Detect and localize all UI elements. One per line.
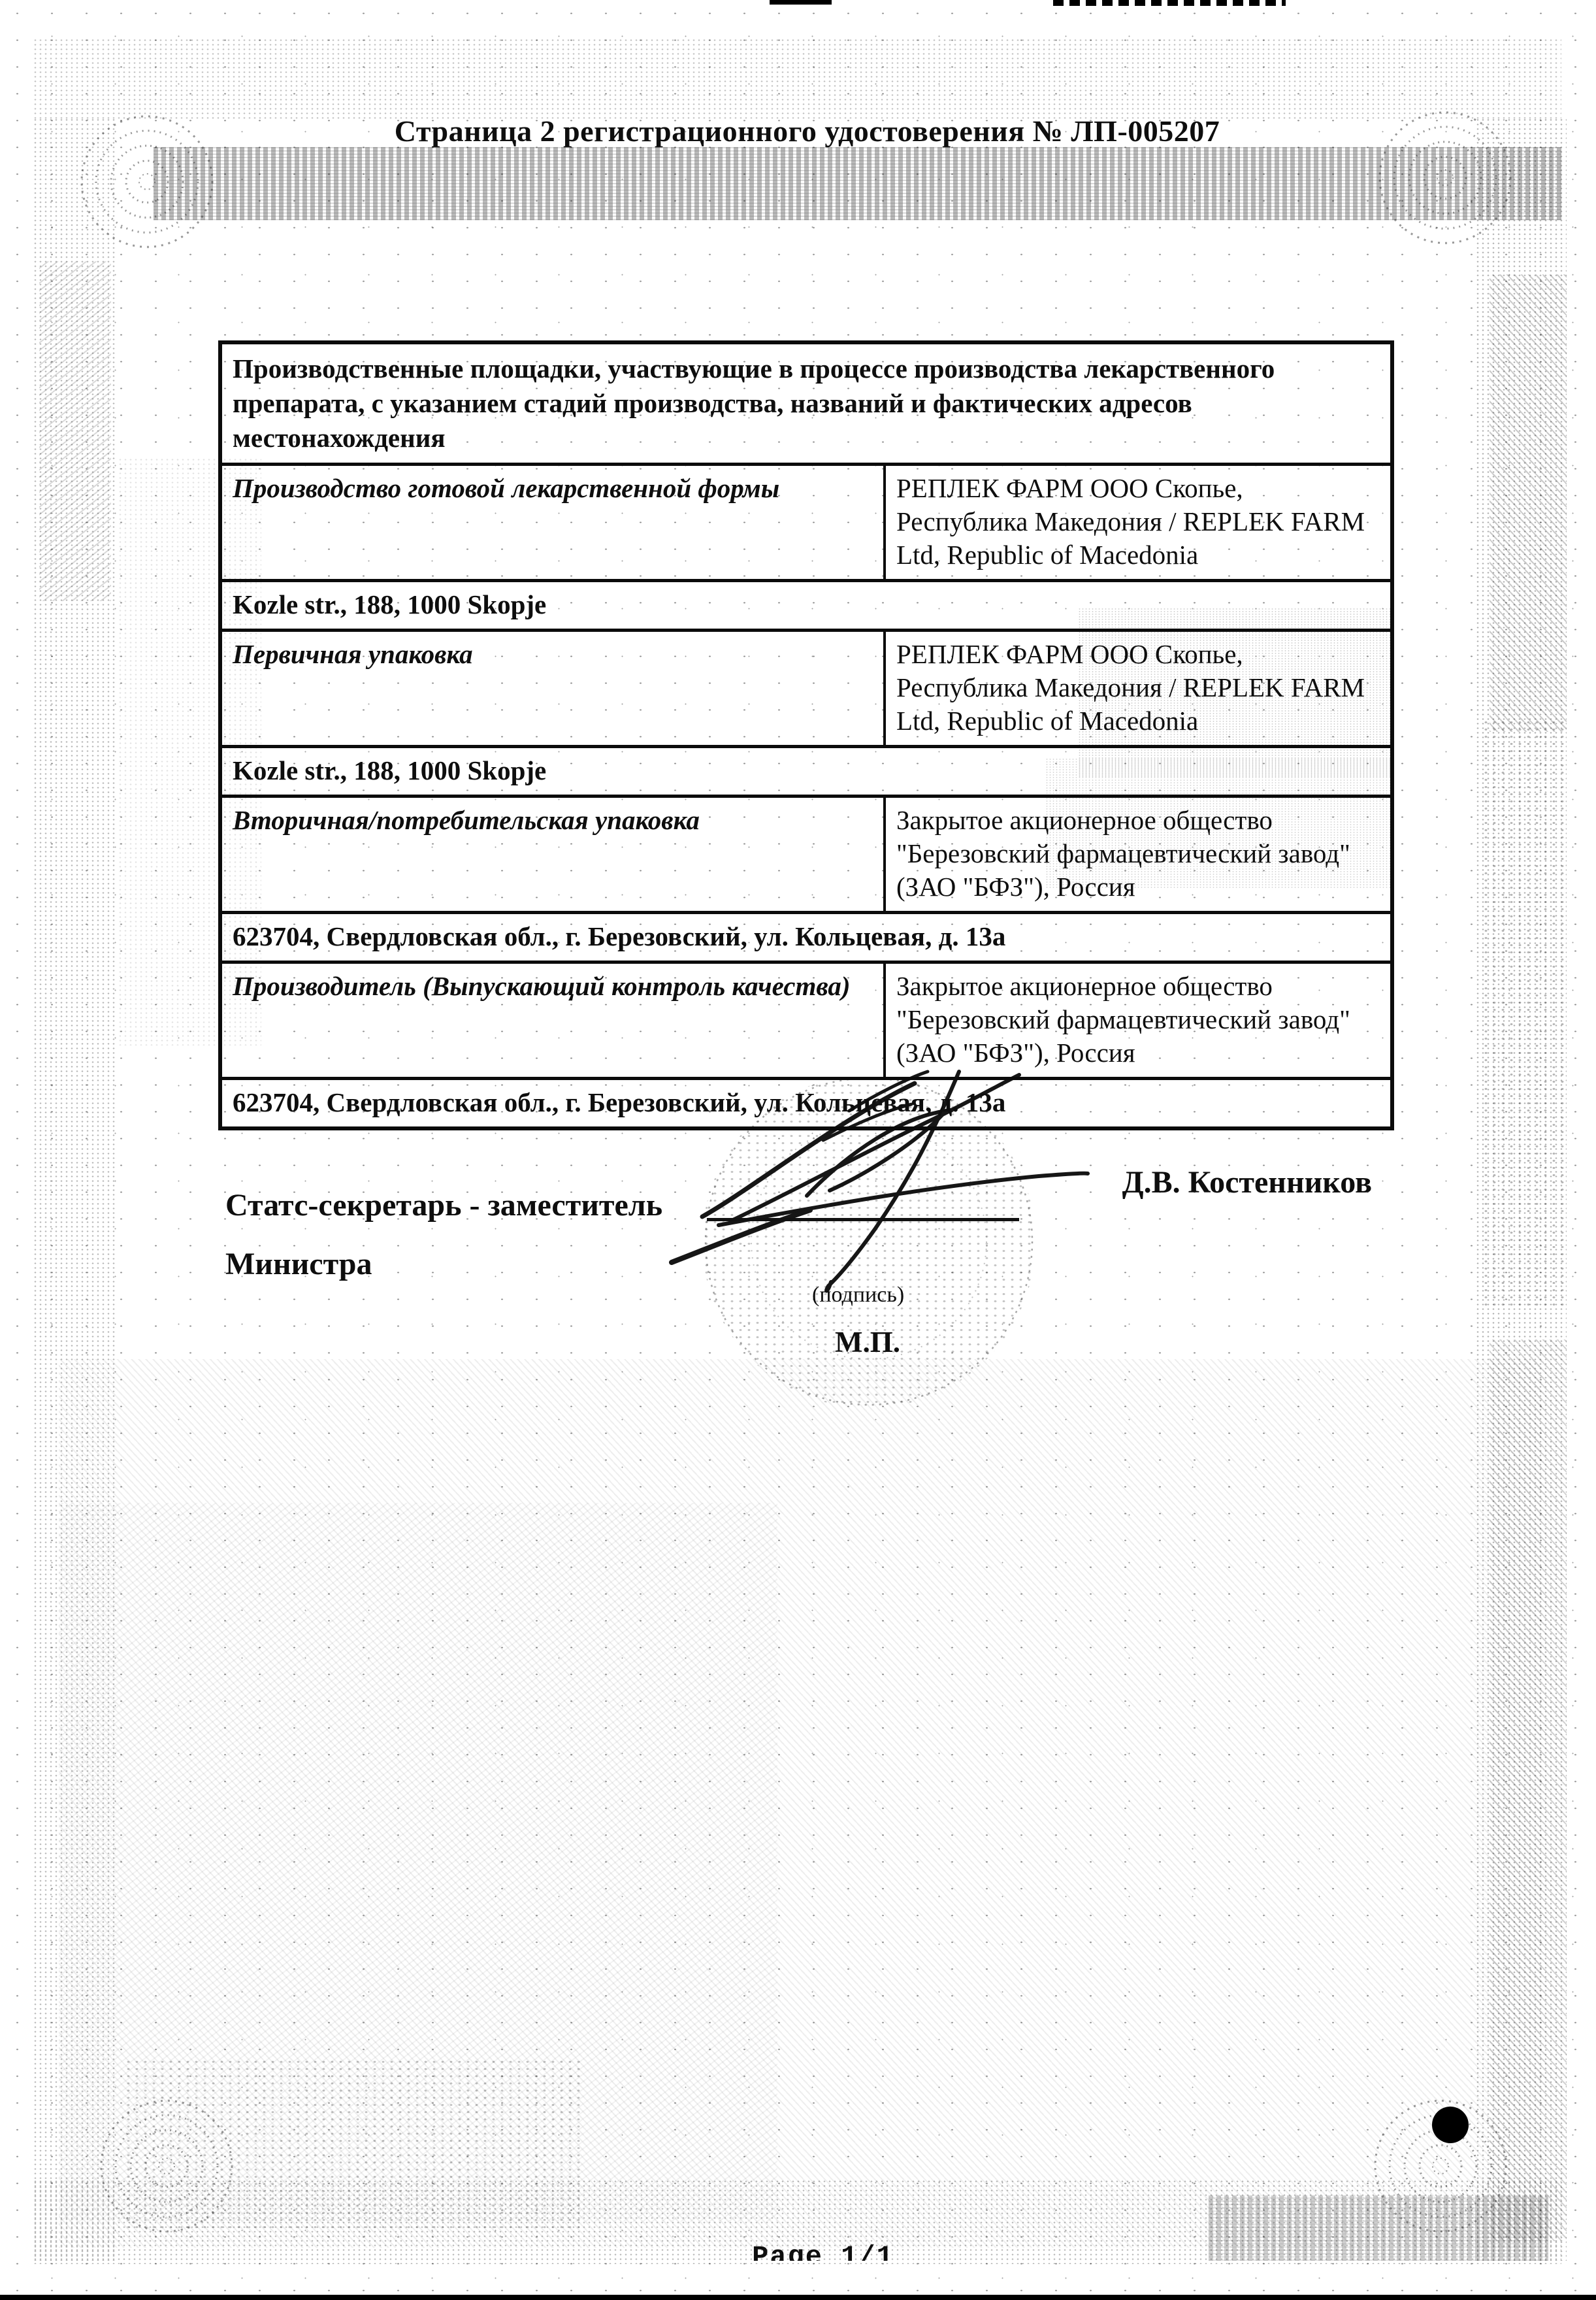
border-left-texture xyxy=(33,118,118,2261)
corner-rosette-top-right xyxy=(1380,112,1510,243)
table-row-address: 623704, Свердловская обл., г. Березовски… xyxy=(222,911,1390,961)
table-header-row: Производственные площадки, участвующие в… xyxy=(222,344,1390,463)
top-edge-fragment-2 xyxy=(1053,0,1286,6)
watermark-diagonal-hatch-2 xyxy=(59,1503,777,2222)
table-row-address: Kozle str., 188, 1000 Skopje xyxy=(222,579,1390,629)
border-top-texture xyxy=(33,38,1561,120)
border-right-hatch-lower xyxy=(1490,1339,1567,2241)
border-top-band-texture xyxy=(154,147,1561,220)
page-title: Страница 2 регистрационного удостоверени… xyxy=(395,114,1220,148)
corner-rosette-bottom-right xyxy=(1375,2101,1506,2231)
corner-rosette-top-left xyxy=(82,116,212,247)
table-row: Производство готовой лекарственной формы… xyxy=(222,463,1390,579)
table-row-address: 623704, Свердловская обл., г. Березовски… xyxy=(222,1077,1390,1126)
table-row-address: Kozle str., 188, 1000 Skopje xyxy=(222,745,1390,795)
scan-bottom-edge-bar xyxy=(0,2295,1596,2300)
table-row: Производитель (Выпускающий контроль каче… xyxy=(222,961,1390,1077)
top-edge-fragment xyxy=(770,0,832,5)
bottom-right-band-noise xyxy=(1209,2195,1548,2261)
signer-position-line1: Статс-секретарь - заместитель xyxy=(225,1176,662,1235)
bottom-left-ornament-noise xyxy=(124,2058,581,2228)
stage-label: Производитель (Выпускающий контроль каче… xyxy=(222,964,883,1077)
watermark-diagonal-hatch xyxy=(59,1359,1542,2248)
signer-position: Статс-секретарь - заместитель Министра xyxy=(225,1176,662,1294)
manufacturing-sites-table: Производственные площадки, участвующие в… xyxy=(218,340,1394,1130)
address-text: 623704, Свердловская обл., г. Березовски… xyxy=(222,914,1390,961)
stage-label: Первичная упаковка xyxy=(222,632,883,745)
border-right-hatch-upper xyxy=(1490,274,1567,732)
border-right-dots-mid xyxy=(1482,719,1567,1307)
signature-line xyxy=(707,1218,1019,1221)
manufacturer-value: Закрытое акционерное общество "Березовск… xyxy=(883,798,1390,911)
manufacturer-value: Закрытое акционерное общество "Березовск… xyxy=(883,964,1390,1077)
seal-placeholder-caption: М.П. xyxy=(835,1325,900,1359)
address-text: Kozle str., 188, 1000 Skopje xyxy=(222,582,1390,629)
scanned-certificate-page: Страница 2 регистрационного удостоверени… xyxy=(0,0,1596,2300)
address-text: Kozle str., 188, 1000 Skopje xyxy=(222,748,1390,795)
signer-name: Д.В. Костенников xyxy=(1071,1164,1372,1200)
table-row: Вторичная/потребительская упаковка Закры… xyxy=(222,795,1390,911)
border-right-texture xyxy=(1475,118,1567,2261)
address-text: 623704, Свердловская обл., г. Березовски… xyxy=(222,1080,1390,1126)
stage-label: Производство готовой лекарственной формы xyxy=(222,466,883,579)
signature-caption: (подпись) xyxy=(812,1283,904,1307)
border-left-hatch xyxy=(39,261,111,601)
manufacturer-value: РЕПЛЕК ФАРМ ООО Скопье, Республика Макед… xyxy=(883,632,1390,745)
table-row: Первичная упаковка РЕПЛЕК ФАРМ ООО Скопь… xyxy=(222,629,1390,745)
corner-rosette-bottom-left xyxy=(101,2101,232,2231)
stage-label: Вторичная/потребительская упаковка xyxy=(222,798,883,911)
table-header-text: Производственные площадки, участвующие в… xyxy=(222,344,1390,463)
page-number-footer: Page 1/1 xyxy=(715,2241,931,2261)
punch-hole-dot xyxy=(1432,2107,1469,2143)
manufacturer-value: РЕПЛЕК ФАРМ ООО Скопье, Республика Макед… xyxy=(883,466,1390,579)
signer-position-line2: Министра xyxy=(225,1235,662,1294)
